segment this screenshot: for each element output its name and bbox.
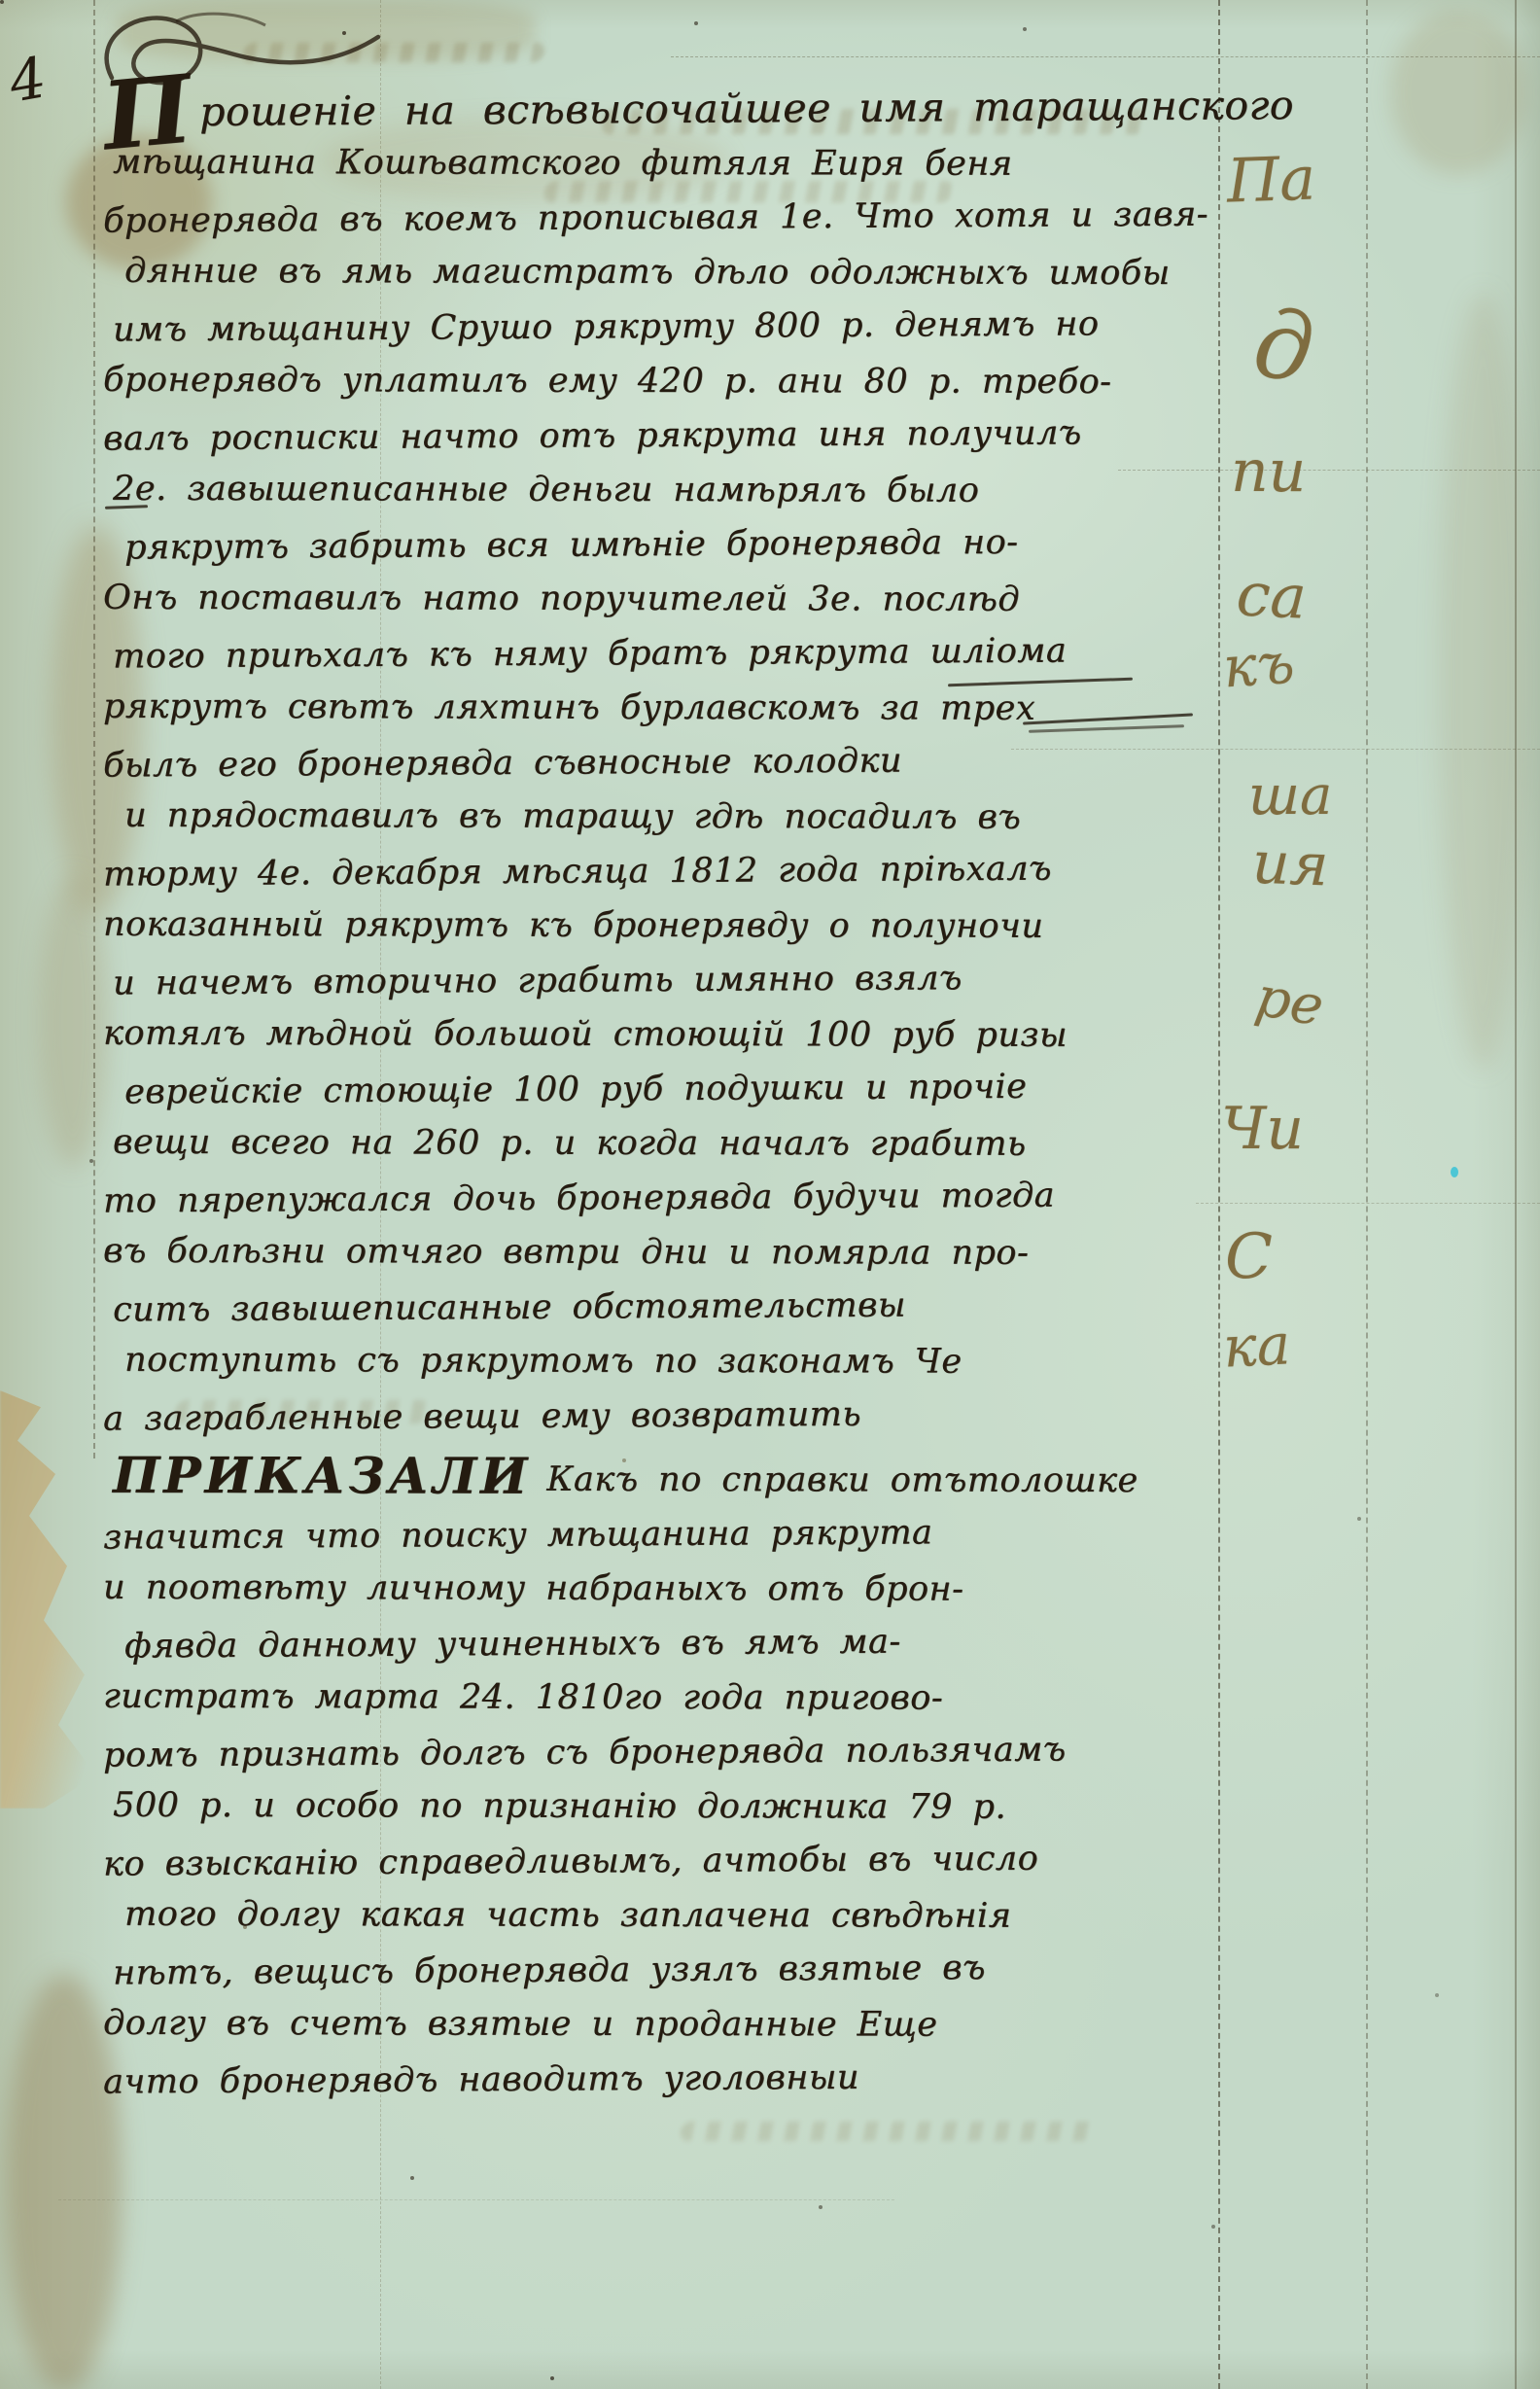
stain [1390,10,1526,175]
manuscript-line: 500 р. и особо по признанію должника 79 … [113,1778,1231,1835]
manuscript-line: рякрутъ забрить вся имѣніе бронерявда но… [124,514,1231,576]
margin-annotation: пи [1231,438,1306,506]
manuscript-line: бронерявдъ уплатилъ ему 420 р. ани 80 р.… [103,353,1231,409]
manuscript-page: 4 Прошеніе на всѣвысочайшее имя таращанс… [0,0,1540,2389]
keyword-prikazali: ПРИКАЗАЛИ [113,1461,531,1492]
manuscript-line: долгу въ счетъ взятые и проданные Еще [103,1996,1231,2053]
margin-annotation: къ [1221,630,1297,701]
horizontal-crease [1196,1203,1540,1204]
cyan-speck [1451,1167,1458,1177]
manuscript-line: показанный рякрутъ къ бронерявду о полун… [103,897,1231,954]
manuscript-line: Онъ поставилъ нато поручителей 3е. послѣ… [103,571,1231,627]
manuscript-line: то пярепужался дочь бронерявда будучи то… [103,1167,1231,1228]
stain [1439,292,1526,1070]
manuscript-line: валъ росписки начто отъ рякрута иня полу… [103,404,1231,466]
margin-annotation: ка [1221,1311,1292,1381]
manuscript-line: еврейскіе стоющіе 100 руб подушки и проч… [124,1059,1231,1120]
margin-annotation: д [1248,289,1318,404]
manuscript-line: того приѣхалъ къ няму братъ рякрута шліо… [113,622,1231,684]
page-number: 4 [4,44,51,115]
manuscript-line-prikazali: ПРИКАЗАЛИКакъ по справки отътолошке [113,1452,1231,1508]
manuscript-line: ситъ завышеписанные обстоятельствы [113,1276,1231,1337]
manuscript-line: и начемъ вторично грабить имянно взялъ [113,949,1231,1010]
horizontal-crease [671,56,1540,57]
manuscript-line: имъ мѣщанину Срушо рякруту 800 р. денямъ… [113,296,1231,357]
drop-cap: П [102,94,193,131]
manuscript-line: а заграбленные вещи ему возвратить [103,1385,1231,1446]
margin-annotation: С [1225,1221,1273,1293]
manuscript-line: нѣтъ, вещисъ бронерявда узялъ взятые въ [113,1939,1231,2000]
manuscript-line: и прядоставилъ въ таращу гдѣ посадилъ въ [124,789,1231,845]
manuscript-line: котялъ мѣдной большой стоющій 100 руб ри… [103,1006,1231,1063]
manuscript-line: дянние въ ямь магистратъ дѣло одолжныхъ … [124,244,1231,300]
manuscript-line: 2е. завышеписанные деньги намѣрялъ было [113,462,1231,518]
manuscript-line: тюрму 4е. декабря мѣсяца 1812 года пріѣх… [103,840,1231,901]
manuscript-line: мѣщанина Кошѣватского фитяля Еиря беня [113,135,1231,192]
manuscript-line: и поотвѣту личному набраныхъ отъ брон- [103,1561,1231,1617]
horizontal-crease [58,2199,894,2200]
margin-annotation: Па [1226,142,1317,216]
margin-annotation: ия [1251,829,1330,900]
manuscript-line: ромъ признать долгъ съ бронерявда пользя… [103,1721,1231,1782]
manuscript-line: былъ его бронерявда съвносные колодки [103,731,1231,792]
manuscript-line: значится что поиску мѣщанина рякрута [103,1503,1231,1564]
manuscript-line: бронерявда въ коемъ прописывая 1е. Что х… [103,187,1231,248]
manuscript-line: вещи всего на 260 р. и когда началъ граб… [113,1115,1231,1172]
manuscript-line: поступить съ рякрутомъ по законамъ Че [124,1333,1231,1389]
margin-rule-line [1366,0,1368,2389]
stain [39,875,107,1167]
line-text: Какъ по справки отътолошке [546,1460,1137,1500]
line-text: рошеніе на всѣвысочайшее имя таращанског… [199,82,1294,135]
manuscript-line: въ болѣзни отчяго ввтри дни и помярла пр… [103,1224,1231,1281]
page-edge-line [1515,0,1517,2389]
margin-annotation: Чи [1221,1095,1304,1163]
manuscript-text: Прошеніе на всѣвысочайшее имя таращанско… [103,82,1231,2106]
paper-specks [0,0,4,4]
manuscript-line: того долгу какая часть заплачена свѣдѣні… [124,1887,1231,1944]
margin-annotation: ре [1251,966,1328,1039]
manuscript-line: ачто бронерявдъ наводитъ уголовныи [103,2048,1231,2109]
manuscript-line: фявда данному учиненныхъ въ ямъ ма- [124,1613,1231,1674]
gutter-line [93,0,95,1458]
manuscript-line: Прошеніе на всѣвысочайшее имя таращанско… [103,78,1231,139]
margin-annotation: са [1235,558,1308,633]
bleedthrough-marks [679,2122,1101,2141]
margin-annotation: ша [1248,764,1332,827]
manuscript-line: рякрутъ свѣтъ ляхтинъ бурлавскомъ за тре… [103,680,1231,736]
manuscript-line: ко взысканію справедливымъ, ачтобы въ чи… [103,1830,1231,1891]
manuscript-line: гистратъ марта 24. 1810го года пригово- [103,1669,1231,1726]
